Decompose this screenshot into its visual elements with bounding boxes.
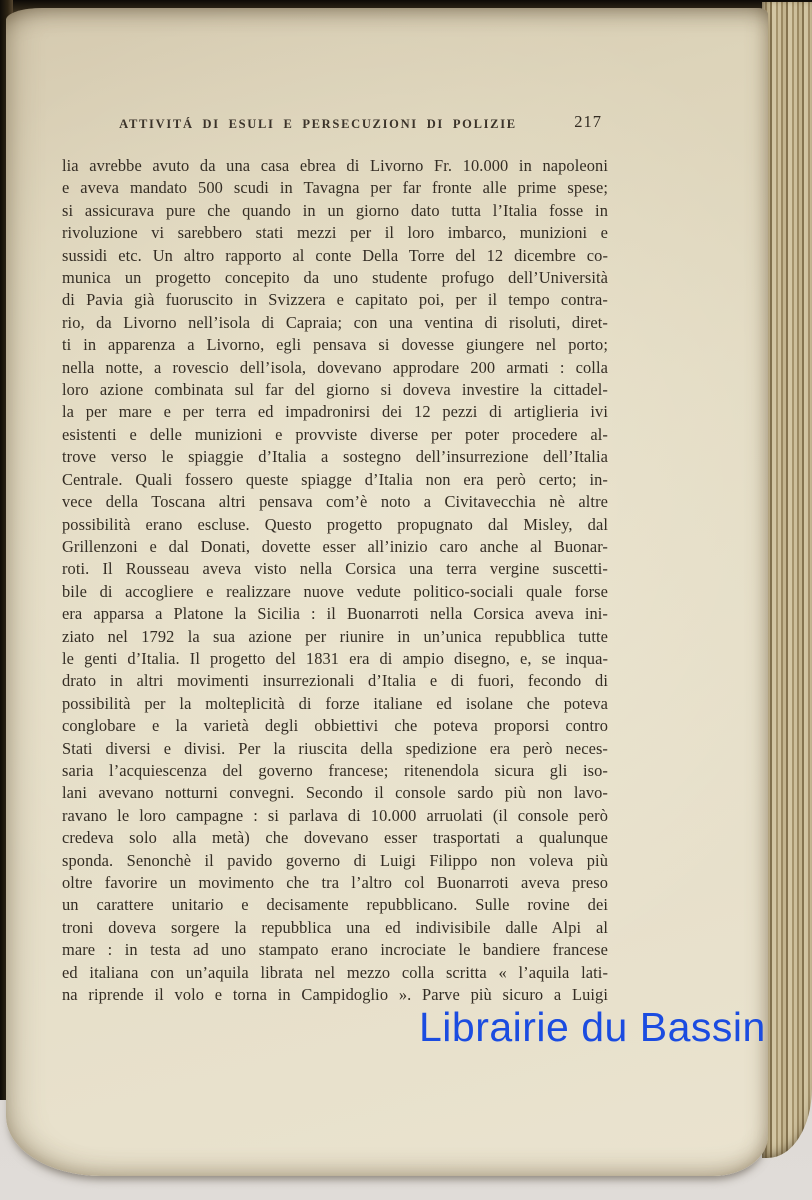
text-line: ti in apparenza a Livorno, egli pensava … [62,334,608,356]
page-header: ATTIVITÁ DI ESULI E PERSECUZIONI DI POLI… [62,114,608,136]
text-line: possibilità per la molteplicità di forze… [62,693,608,715]
text-line: di Pavia già fuoruscito in Svizzera e ca… [62,289,608,311]
book-page-photo: ATTIVITÁ DI ESULI E PERSECUZIONI DI POLI… [0,0,812,1200]
text-line: trove verso le spiaggie d’Italia a soste… [62,446,608,468]
book-page: ATTIVITÁ DI ESULI E PERSECUZIONI DI POLI… [6,8,768,1176]
text-line: sussidi etc. Un altro rapporto al conte … [62,245,608,267]
page-number: 217 [574,112,602,132]
text-line: lani avevano notturni convegni. Secondo … [62,782,608,804]
text-line: conglobare e la varietà degli obbiettivi… [62,715,608,737]
page-text: lia avrebbe avuto da una casa ebrea di L… [62,155,608,1006]
text-line: esistenti e delle munizioni e provviste … [62,424,608,446]
text-line: sponda. Senonchè il pavido governo di Lu… [62,850,608,872]
text-line: e aveva mandato 500 scudi in Tavagna per… [62,177,608,199]
text-line: Centrale. Quali fossero queste spiagge d… [62,469,608,491]
text-line: loro azione combinata sul far del giorno… [62,379,608,401]
text-line: drato in altri movimenti insurrezionali … [62,670,608,692]
text-line: nella notte, a rovescio dell’isola, dove… [62,357,608,379]
text-line: Stati diversi e divisi. Per la riuscita … [62,738,608,760]
text-line: bile di accogliere e realizzare nuove ve… [62,581,608,603]
text-line: credeva solo alla metà) che dovevano ess… [62,827,608,849]
text-line: la per mare e per terra ed impadronirsi … [62,401,608,423]
text-line: un carattere unitario e decisamente repu… [62,894,608,916]
running-title: ATTIVITÁ DI ESULI E PERSECUZIONI DI POLI… [62,114,608,134]
text-line: vece della Toscana altri pensava com’è n… [62,491,608,513]
text-line: possibilità erano escluse. Questo proget… [62,514,608,536]
text-line: le genti d’Italia. Il progetto del 1831 … [62,648,608,670]
text-line: saria l’acquiescenza del governo frances… [62,760,608,782]
text-line: mare : in testa ad uno stampato erano in… [62,939,608,961]
text-line: rio, da Livorno nell’isola di Capraia; c… [62,312,608,334]
text-line: si assicurava pure che quando in un gior… [62,200,608,222]
text-line: troni doveva sorgere la repubblica una e… [62,917,608,939]
text-line: ed italiana con un’aquila librata nel me… [62,962,608,984]
text-line: oltre favorire un movimento che tra l’al… [62,872,608,894]
text-line: lia avrebbe avuto da una casa ebrea di L… [62,155,608,177]
text-line: rivoluzione vi sarebbero stati mezzi per… [62,222,608,244]
text-line: Grillenzoni e dal Donati, dovette esser … [62,536,608,558]
text-line: ravano le loro campagne : si parlava di … [62,805,608,827]
text-line: munica un progetto concepito da uno stud… [62,267,608,289]
text-line: ziato nel 1792 la sua azione per riunire… [62,626,608,648]
bookseller-watermark: Librairie du Bassin [419,1003,766,1051]
book-fore-edge-pages [762,2,812,1158]
text-line: roti. Il Rousseau aveva visto nella Cors… [62,558,608,580]
text-line: era apparsa a Platone la Sicilia : il Bu… [62,603,608,625]
